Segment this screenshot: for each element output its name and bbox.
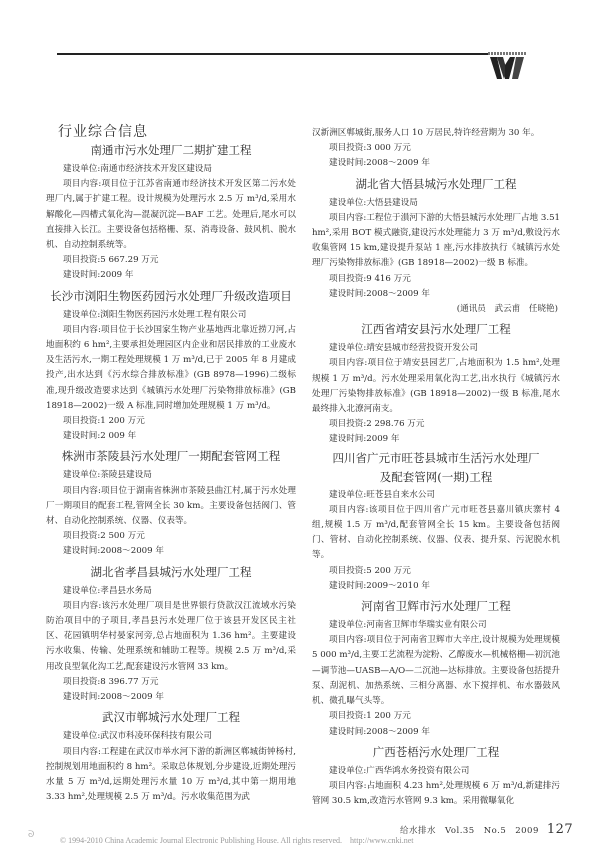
paragraph: 项目投资:1 200 万元	[312, 709, 560, 724]
journal-logo	[488, 50, 526, 80]
article-title: 长沙市浏阳生物医药园污水处理厂升级改造项目	[46, 285, 296, 307]
paragraph: 建设单位:茶陵县建设局	[46, 468, 296, 483]
article-title: 武汉市郸城污水处理厂工程	[46, 706, 296, 728]
paragraph: 建设单位:武汉市科凌环保科技有限公司	[46, 729, 296, 744]
paragraph: 项目内容:该项目位于四川省广元市旺苍县嘉川镇庆寨村 4 组,规模 1.5 万 m…	[312, 503, 560, 564]
paragraph: 建设时间:2009 年	[312, 432, 560, 447]
journal-footer: 给水排水 Vol.35 No.5 2009127	[400, 822, 573, 837]
paragraph: 项目内容:项目位于靖安县园艺厂,占地面积为 1.5 hm²,处理规模 1 万 m…	[312, 356, 560, 417]
paragraph: 项目内容:项目位于河南省卫辉市大辛庄,设计规模为处理规模 5 000 m³/d,…	[312, 633, 560, 709]
paragraph: 建设单位:广西华鸿水务投资有限公司	[312, 764, 560, 779]
paragraph: 项目投资:2 500 万元	[46, 529, 296, 544]
cnki-logo-icon: ᘐ	[28, 830, 48, 844]
paragraph: 项目投资:9 416 万元	[312, 272, 560, 287]
paragraph: 建设单位:浏阳生物医药园污水处理工程有限公司	[46, 308, 296, 323]
paragraph: 建设单位:南通市经济技术开发区建设局	[46, 162, 296, 177]
w-logo-icon	[490, 57, 524, 79]
header-rule	[57, 53, 497, 55]
paragraph: 项目投资:5 200 万元	[312, 564, 560, 579]
paragraph: 建设时间:2008～2009 年	[46, 690, 296, 705]
paragraph: 建设单位:河南省卫辉市华瑞实业有限公司	[312, 618, 560, 633]
paragraph: 建设时间:2009～2010 年	[312, 579, 560, 594]
paragraph: 项目内容:占地面积 4.23 hm²,处理规模 6 万 m³/d,新建排污管网 …	[312, 779, 560, 809]
paragraph: 项目内容:项目位于长沙国家生物产业基地西北靠近捞刀河,占地面积约 6 hm²,主…	[46, 323, 296, 414]
copyright-notice: © 1994-2010 China Academic Journal Elect…	[60, 835, 414, 846]
article-title: 株洲市茶陵县污水处理厂一期配套管网工程	[46, 445, 296, 467]
article-title: 江西省靖安县污水处理厂工程	[312, 318, 560, 340]
paragraph: 项目内容:项目位于湖南省株洲市茶陵县曲江村,属于污水处理厂一期项目的配套工程,管…	[46, 484, 296, 530]
paragraph: 项目投资:8 396.77 万元	[46, 675, 296, 690]
paragraph: 项目投资:2 298.76 万元	[312, 417, 560, 432]
paragraph: 项目内容:项目位于江苏省南通市经济技术开发区第二污水处理厂内,属于扩建工程。设计…	[46, 177, 296, 253]
journal-info: 给水排水 Vol.35 No.5 2009	[400, 826, 539, 836]
article-title-line1: 四川省广元市旺苍县城市生活污水处理厂	[312, 449, 560, 468]
article-title: 广西苍梧污水处理厂工程	[312, 741, 560, 763]
paragraph: 建设时间:2008～2009 年	[312, 156, 560, 171]
page-number: 127	[547, 822, 573, 837]
paragraph: 建设时间:2008～2009 年	[46, 544, 296, 559]
article-title: 湖北省孝昌县城污水处理厂工程	[46, 561, 296, 583]
article-title: 河南省卫辉市污水处理厂工程	[312, 595, 560, 617]
paragraph: 建设时间:2009 年	[46, 268, 296, 283]
paragraph: 建设时间:2008～2009 年	[312, 725, 560, 740]
paragraph: 项目投资:1 200 万元	[46, 414, 296, 429]
correspondent-credit: (通讯员 武云甫 任晓艳)	[312, 302, 560, 317]
paragraph: 建设时间:2 009 年	[46, 429, 296, 444]
paragraph: 建设时间:2008～2009 年	[312, 287, 560, 302]
left-column: 南通市污水处理厂二期扩建工程 建设单位:南通市经济技术开发区建设局 项目内容:项…	[46, 138, 296, 805]
paragraph-continuation: 汉新洲区郸城街,服务人口 10 万居民,特许经营期为 30 年。	[312, 126, 560, 141]
paragraph: 项目投资:3 000 万元	[312, 141, 560, 156]
paragraph: 项目内容:工程位于溳河下游的大悟县城污水处理厂占地 3.51 hm²,采用 BO…	[312, 211, 560, 272]
logo-strip	[488, 52, 526, 55]
article-title: 南通市污水处理厂二期扩建工程	[46, 139, 296, 161]
paragraph: 建设单位:旺苍县自来水公司	[312, 488, 560, 503]
paragraph: 项目内容:该污水处理厂项目是世界银行贷款汉江流域水污染防治项目中的子项目,孝昌县…	[46, 599, 296, 675]
paragraph: 项目投资:5 667.29 万元	[46, 253, 296, 268]
article-title: 四川省广元市旺苍县城市生活污水处理厂 及配套管网(一期)工程	[312, 449, 560, 487]
paragraph: 建设单位:靖安县城市经营投资开发公司	[312, 341, 560, 356]
paragraph: 建设单位:大悟县建设局	[312, 196, 560, 211]
article-title-line2: 及配套管网(一期)工程	[312, 468, 560, 487]
article-title: 湖北省大悟县城污水处理厂工程	[312, 173, 560, 195]
paragraph: 项目内容:工程建在武汉市举水河下游的新洲区郸城街钟杨村,控制规划用地面积约 8 …	[46, 745, 296, 806]
right-column: 汉新洲区郸城街,服务人口 10 万居民,特许经营期为 30 年。 项目投资:3 …	[312, 126, 560, 809]
paragraph: 建设单位:孝昌县水务局	[46, 584, 296, 599]
